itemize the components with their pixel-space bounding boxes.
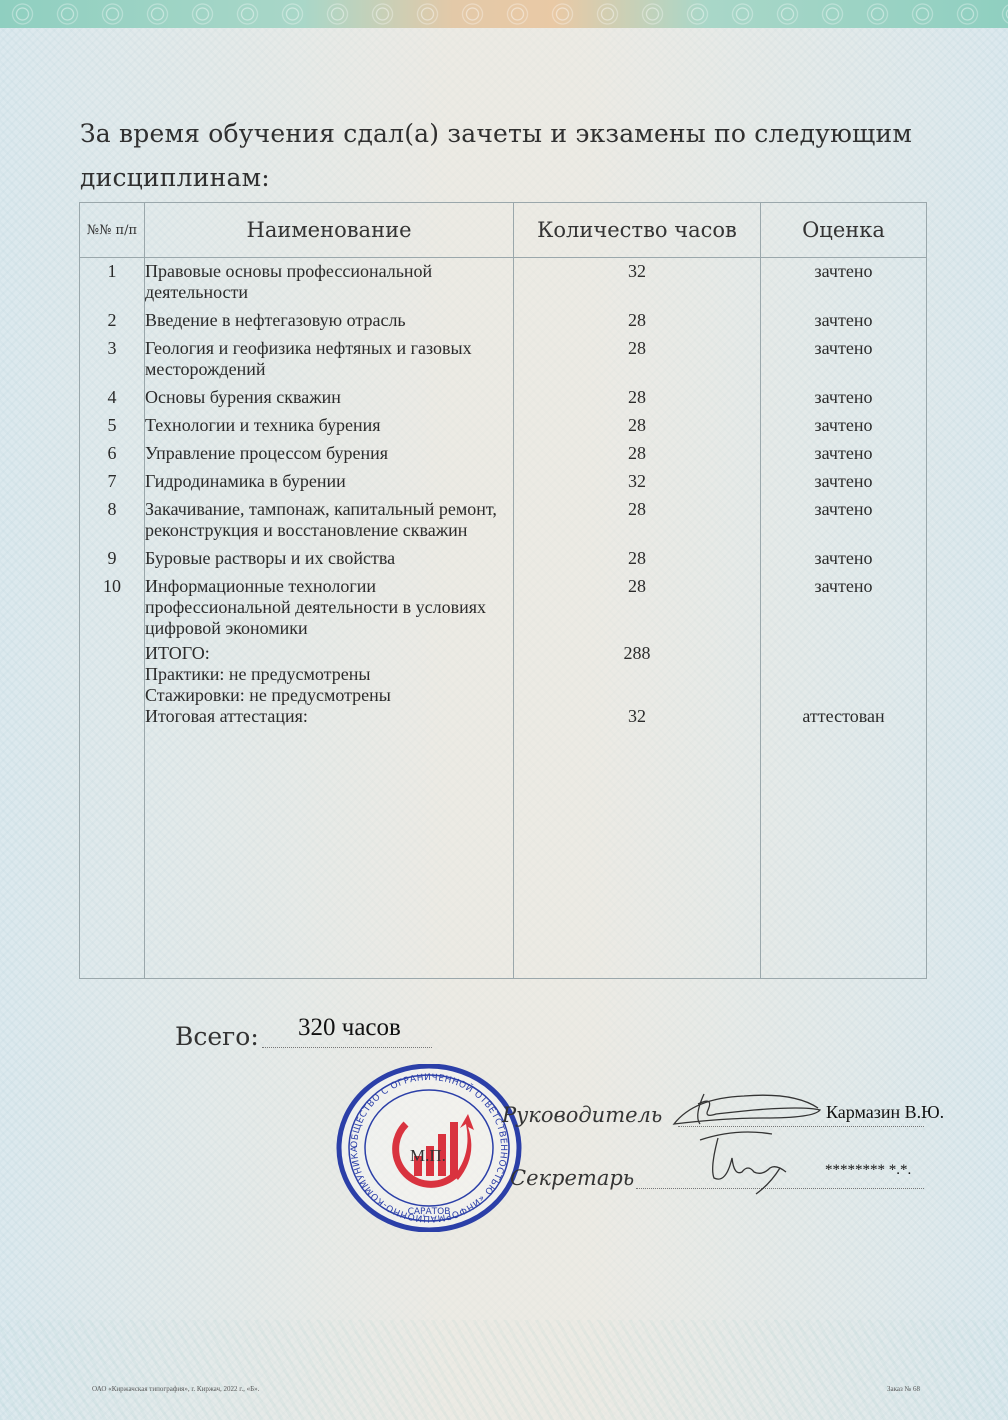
subject-grade: зачтено (761, 545, 927, 573)
decorative-bottom-pattern (0, 1320, 1008, 1420)
table-row: 5Технологии и техника бурения28зачтено (80, 412, 927, 440)
row-number: 8 (80, 496, 145, 545)
row-number: 4 (80, 384, 145, 412)
total-hours: 288 (514, 643, 760, 664)
header-hours: Количество часов (514, 203, 761, 258)
secretary-name: ******** *.*. (825, 1162, 911, 1179)
practice-text: Практики: не предусмотрены (145, 664, 513, 685)
secretary-signature-label: Секретарь (510, 1166, 634, 1190)
total-value: 320 часов (298, 1014, 401, 1042)
subject-name: Введение в нефтегазовую отрасль (145, 307, 514, 335)
summary-row: ИТОГО: Практики: не предусмотрены Стажир… (80, 643, 927, 727)
row-number: 10 (80, 573, 145, 643)
row-number: 7 (80, 468, 145, 496)
head-signature-icon (664, 1088, 824, 1132)
subject-grade: зачтено (761, 258, 927, 308)
subject-name: Управление процессом бурения (145, 440, 514, 468)
row-number: 3 (80, 335, 145, 384)
subject-grade: зачтено (761, 384, 927, 412)
table-filler-row (80, 727, 927, 979)
subject-name: Правовые основы профессиональной деятель… (145, 258, 514, 308)
page-heading: За время обучения сдал(а) зачеты и экзам… (80, 112, 940, 200)
table-row: 6Управление процессом бурения28зачтено (80, 440, 927, 468)
final-attestation-hours: 32 (514, 706, 760, 727)
subject-hours: 28 (514, 440, 761, 468)
subject-grade: зачтено (761, 412, 927, 440)
final-attestation-label: Итоговая аттестация: (145, 706, 513, 727)
subject-name: Закачивание, тампонаж, капитальный ремон… (145, 496, 514, 545)
head-signature-label: Руководитель (502, 1103, 662, 1127)
footer-order: Заказ № 68 (887, 1385, 920, 1393)
subject-grade: зачтено (761, 335, 927, 384)
subject-hours: 28 (514, 496, 761, 545)
subject-hours: 28 (514, 335, 761, 384)
decorative-top-border (0, 0, 1008, 28)
subject-name: Буровые растворы и их свойства (145, 545, 514, 573)
subject-name: Технологии и техника бурения (145, 412, 514, 440)
table-row: 1Правовые основы профессиональной деятел… (80, 258, 927, 308)
subject-hours: 28 (514, 545, 761, 573)
table-row: 3Геология и геофизика нефтяных и газовых… (80, 335, 927, 384)
subject-name: Основы бурения скважин (145, 384, 514, 412)
final-attestation-grade: аттестован (761, 706, 926, 727)
total-label: ИТОГО: (145, 643, 513, 664)
internship-text: Стажировки: не предусмотрены (145, 685, 513, 706)
secretary-signature-icon (696, 1128, 796, 1198)
seal-placeholder-mp: М.П. (410, 1146, 446, 1166)
table-row: 7Гидродинамика в бурении32зачтено (80, 468, 927, 496)
header-grade: Оценка (761, 203, 927, 258)
total-label: Всего: (175, 1022, 259, 1051)
table-header-row: №№ п/п Наименование Количество часов Оце… (80, 203, 927, 258)
row-number: 9 (80, 545, 145, 573)
subject-name: Информационные технологии профессиональн… (145, 573, 514, 643)
header-number: №№ п/п (80, 203, 145, 258)
subject-grade: зачтено (761, 573, 927, 643)
subject-hours: 32 (514, 468, 761, 496)
table-row: 4Основы бурения скважин28зачтено (80, 384, 927, 412)
subject-hours: 28 (514, 412, 761, 440)
table-row: 10Информационные технологии профессионал… (80, 573, 927, 643)
subject-grade: зачтено (761, 496, 927, 545)
row-number: 2 (80, 307, 145, 335)
subject-hours: 28 (514, 384, 761, 412)
subjects-table: №№ п/п Наименование Количество часов Оце… (79, 202, 927, 979)
footer-printer: ОАО «Киржачская типография», г. Киржач, … (92, 1385, 259, 1393)
subject-hours: 32 (514, 258, 761, 308)
subject-hours: 28 (514, 573, 761, 643)
subject-grade: зачтено (761, 307, 927, 335)
stamp-city: САРАТОВ (408, 1207, 451, 1217)
row-number: 6 (80, 440, 145, 468)
row-number: 5 (80, 412, 145, 440)
table-row: 8Закачивание, тампонаж, капитальный ремо… (80, 496, 927, 545)
head-name: Кармазин В.Ю. (826, 1102, 944, 1123)
subject-grade: зачтено (761, 468, 927, 496)
row-number: 1 (80, 258, 145, 308)
subject-grade: зачтено (761, 440, 927, 468)
subject-name: Геология и геофизика нефтяных и газовых … (145, 335, 514, 384)
header-name: Наименование (145, 203, 514, 258)
subject-hours: 28 (514, 307, 761, 335)
total-underline (262, 1047, 432, 1048)
subject-name: Гидродинамика в бурении (145, 468, 514, 496)
table-row: 2Введение в нефтегазовую отрасль28зачтен… (80, 307, 927, 335)
table-row: 9Буровые растворы и их свойства28зачтено (80, 545, 927, 573)
